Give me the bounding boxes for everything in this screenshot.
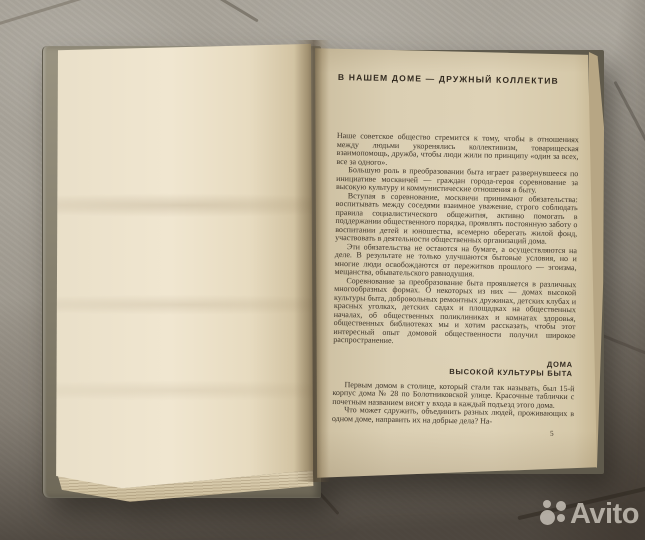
avito-circles-logo-icon [536,494,566,534]
paragraph: Эти обязательства не остаются на бумаге,… [334,242,577,280]
left-page-blank [50,38,316,490]
body-text: Наше советское общество стремится к тому… [332,132,579,439]
paragraph: Что может сдружить, объединить разных лю… [332,406,574,427]
page-text-block: В НАШЕМ ДОМЕ — ДРУЖНЫЙ КОЛЛЕКТИВ Наше со… [332,72,580,439]
book-photo-scene: В НАШЕМ ДОМЕ — ДРУЖНЫЙ КОЛЛЕКТИВ Наше со… [0,0,645,540]
paragraph: Вступая в соревнование, москвичи принима… [335,191,578,246]
avito-watermark: Avito [536,494,639,534]
paragraph: Наше советское общество стремится к тому… [336,132,579,170]
open-book: В НАШЕМ ДОМЕ — ДРУЖНЫЙ КОЛЛЕКТИВ Наше со… [0,0,645,540]
avito-watermark-text: Avito [570,494,639,534]
paragraph: Соревнование за преобразование быта проя… [333,276,576,348]
book-gutter-shadow [294,40,330,482]
section-heading: ДОМА ВЫСОКОЙ КУЛЬТУРЫ БЫТА [333,355,573,377]
